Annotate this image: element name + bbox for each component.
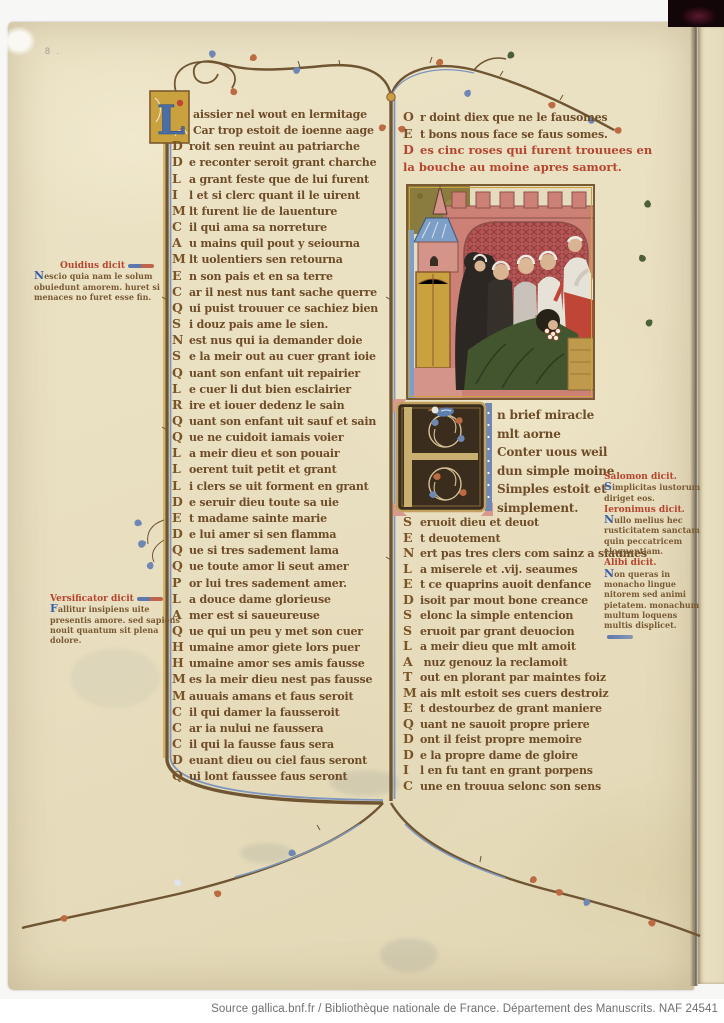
line-initial: O [403, 109, 420, 124]
verse-line: Tout en plorant par maintes foiz [403, 666, 633, 682]
folio-pencil-mark: 8 . [45, 46, 61, 56]
verse-line: Seruoit par grant deuocion [403, 620, 633, 636]
verse-line: Qui lont faussee faus seront [172, 765, 392, 781]
note-body: Nescio quia nam le solum obuiedunt amore… [34, 271, 174, 302]
verse-line: Que qui un peu y met son cuer [172, 620, 392, 636]
source-caption: Source gallica.bnf.fr / Bibliothèque nat… [211, 1003, 718, 1015]
verse-line: De seruir dieu toute sa uie [172, 491, 392, 507]
verse-line: Li clers se uit forment en grant [172, 475, 392, 491]
verse-line: Humaine amor ses amis fausse [172, 652, 392, 668]
verse-line: Amer est si saueureuse [172, 604, 392, 620]
verse-line: Cil qui damer la fausseroit [172, 701, 392, 717]
verse-line: En son pais et en sa terre [172, 265, 392, 281]
verse-line: Mlt furent lie de lauenture [172, 200, 392, 216]
verse-line: La meir dieu et son pouair [172, 442, 392, 458]
left-text-column: aissier nel wout en lermitageCar trop es… [172, 103, 392, 782]
verse-line: Disoit par mout bone creance [403, 589, 633, 605]
note-heading: Salomon dicit. [604, 472, 677, 482]
note-body: Nullo melius hec rusticitatem sanctam qu… [604, 515, 704, 556]
note-heading: Ieronimus dicit. [604, 505, 685, 515]
binding-spine [668, 0, 724, 27]
verse-line: Car trop estoit de ioenne aage [172, 119, 392, 135]
rubric-line: Des cinc roses qui furent trouuees en [403, 142, 638, 160]
verse-line: Seruoit dieu et deuot [403, 511, 633, 527]
verse-line: Deuant dieu ou ciel faus seront [172, 749, 392, 765]
verse-line: La douce dame glorieuse [172, 588, 392, 604]
verse-line: aissier nel wout en lermitage [172, 103, 392, 119]
verse-line: Et ce quaprins auoit denfance [403, 573, 633, 589]
verse-line: Dont il feist propre memoire [403, 728, 633, 744]
note-heading: Ouidius dicit [60, 261, 125, 271]
rubric-line: la bouche au moine apres samort. [403, 160, 638, 178]
verse-line: Mlt uolentiers sen retourna [172, 248, 392, 264]
verse-line: Mais mlt estoit ses cuers destroiz [403, 682, 633, 698]
show-through-smudge [70, 648, 160, 708]
note-body: Fallitur insipiens uite presentis amore.… [50, 604, 180, 645]
line-initial: C [403, 778, 420, 793]
right-column-opening-lines: Or doint diex que ne le fausomesEt bons … [403, 106, 633, 140]
note-heading: Versificator dicit [50, 594, 134, 604]
verse-line: De lui amer si sen flamma [172, 523, 392, 539]
verse-line: A nuz genouz la reclamoit [403, 651, 633, 667]
verse-line: Por lui tres sadement amer. [172, 572, 392, 588]
rubric-initial: D [403, 142, 420, 157]
verse-line: Car ia nului ne faussera [172, 717, 392, 733]
note-body: Simplicitas iustorum diriget eos. [604, 482, 704, 503]
verse-line: Car il nest nus tant sache querre [172, 281, 392, 297]
verse-line: Rire et iouer dedenz le sain [172, 394, 392, 410]
verse-line: De la propre dame de gloire [403, 744, 633, 760]
verse-line: Quant son enfant uit repairier [172, 362, 392, 378]
verse-line: De reconter seroit grant charche [172, 151, 392, 167]
verse-line: Humaine amor giete lors puer [172, 636, 392, 652]
decorated-initial-e [393, 399, 493, 516]
page-blemish [2, 26, 36, 56]
pen-flourish [128, 264, 154, 268]
verse-line: Si douz pais ame le sien. [172, 313, 392, 329]
verse-line: Et destourbez de grant maniere [403, 697, 633, 713]
line-initial: Q [172, 768, 189, 783]
margin-note-versificator: Versificator dicit Fallitur insipiens ui… [50, 593, 180, 645]
verse-line: Quant son enfant uit sauf et sain [172, 410, 392, 426]
verse-line: Droit sen reuint au patriarche [172, 135, 392, 151]
verse-line: Et bons nous face se faus somes. [403, 123, 633, 140]
verse-line: Conter uous weil [497, 441, 627, 460]
verse-line: La grant feste que de lui furent [172, 168, 392, 184]
verse-line: mlt aorne [497, 423, 627, 442]
pen-flourish [137, 597, 163, 601]
verse-line: Mauuais amans et faus seroit [172, 685, 392, 701]
verse-line: Il et si clerc quant il le uirent [172, 184, 392, 200]
verse-line: Au mains quil pout y seiourna [172, 232, 392, 248]
rubric: Des cinc roses qui furent trouuees en la… [403, 142, 638, 177]
margin-notes-right: Salomon dicit. Simplicitas iustorum diri… [604, 471, 704, 642]
verse-line: Qui puist trouuer ce sachiez bien [172, 297, 392, 313]
note-body: Non queras in monacho lingue nitorem sed… [604, 569, 704, 631]
show-through-smudge [380, 938, 438, 972]
verse-line: Nert pas tres clers com sainz a siaumes [403, 542, 633, 558]
verse-line: Il en fu tant en grant porpens [403, 759, 633, 775]
verse-line: Que toute amor li seut amer [172, 555, 392, 571]
pen-flourish [607, 635, 633, 639]
verse-line: Or doint diex que ne le fausomes [403, 106, 633, 123]
verse-line: Selonc la simple entencion [403, 604, 633, 620]
verse-line: Nest nus qui ia demander doie [172, 329, 392, 345]
verse-line: Le cuer li dut bien esclairier [172, 378, 392, 394]
verse-line: Cune en trouua selonc son sens [403, 775, 633, 791]
verse-line: Que ne cuidoit iamais voier [172, 426, 392, 442]
verse-line: Loerent tuit petit et grant [172, 458, 392, 474]
line-initial: E [403, 126, 420, 141]
show-through-smudge [240, 843, 292, 863]
verse-line: Que si tres sadement lama [172, 539, 392, 555]
margin-note-ouidius: Ouidius dicit Nescio quia nam le solum o… [34, 260, 174, 302]
verse-line: Cil qui ama sa norreture [172, 216, 392, 232]
verse-line: Et madame sainte marie [172, 507, 392, 523]
verse-line: Mes la meir dieu nest pas fausse [172, 668, 392, 684]
right-text-column: Seruoit dieu et deuotEt deuotementNert p… [403, 511, 633, 790]
verse-line: Se la meir out au cuer grant ioie [172, 345, 392, 361]
verse-line: La meir dieu que mlt amoit [403, 635, 633, 651]
verse-line: Cil qui la fausse faus sera [172, 733, 392, 749]
miniature-deathbed-scene [406, 184, 595, 400]
verse-line: n brief miracle [497, 404, 627, 423]
